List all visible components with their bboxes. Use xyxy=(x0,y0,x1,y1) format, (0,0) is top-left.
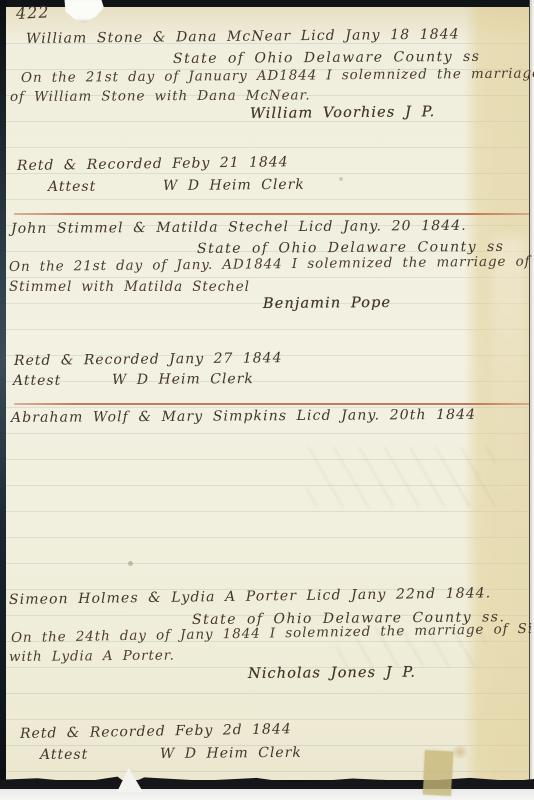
page-number: 422 xyxy=(16,2,50,23)
entry2-officiant-signature: Benjamin Pope xyxy=(263,295,391,312)
page-right-edge xyxy=(529,0,534,790)
return1-clerk-signature: W D Heim Clerk xyxy=(163,177,305,194)
entry1-venue: State of Ohio Delaware County ss xyxy=(173,49,481,67)
stain-spot xyxy=(452,745,468,759)
return2-recorded: Retd & Recorded Jany 27 1844 xyxy=(14,350,283,369)
entry3-heading: Abraham Wolf & Mary Simpkins Licd Jany. … xyxy=(11,407,476,426)
entry-divider-line xyxy=(14,403,532,405)
entry4-officiant-signature: Nicholas Jones J P. xyxy=(248,665,416,682)
stain-speck xyxy=(128,561,133,566)
entry2-heading: John Stimmel & Matilda Stechel Licd Jany… xyxy=(11,218,467,237)
entry-divider-line xyxy=(14,213,532,215)
return2-attest: Attest xyxy=(13,373,61,389)
return1-attest: Attest xyxy=(48,179,96,195)
entry2-body-line2: Stimmel with Matilda Stechel xyxy=(9,279,250,295)
paper-sheen xyxy=(492,237,526,567)
scanned-ledger-photo: { "page": { "number": "422" }, "colors":… xyxy=(0,0,534,800)
return2-clerk-signature: W D Heim Clerk xyxy=(112,371,254,388)
stain-speck xyxy=(339,177,343,181)
ink-bleedthrough xyxy=(306,447,496,507)
photo-background-bottom xyxy=(0,789,534,800)
return3-attest: Attest xyxy=(40,747,88,763)
entry1-officiant-signature: William Voorhies J P. xyxy=(250,104,435,122)
tape-repair xyxy=(423,750,453,795)
return3-clerk-signature: W D Heim Clerk xyxy=(160,745,302,762)
entry1-body-line2: of William Stone with Dana McNear. xyxy=(10,87,311,105)
entry4-body-line2: with Lydia A Porter. xyxy=(9,648,175,665)
